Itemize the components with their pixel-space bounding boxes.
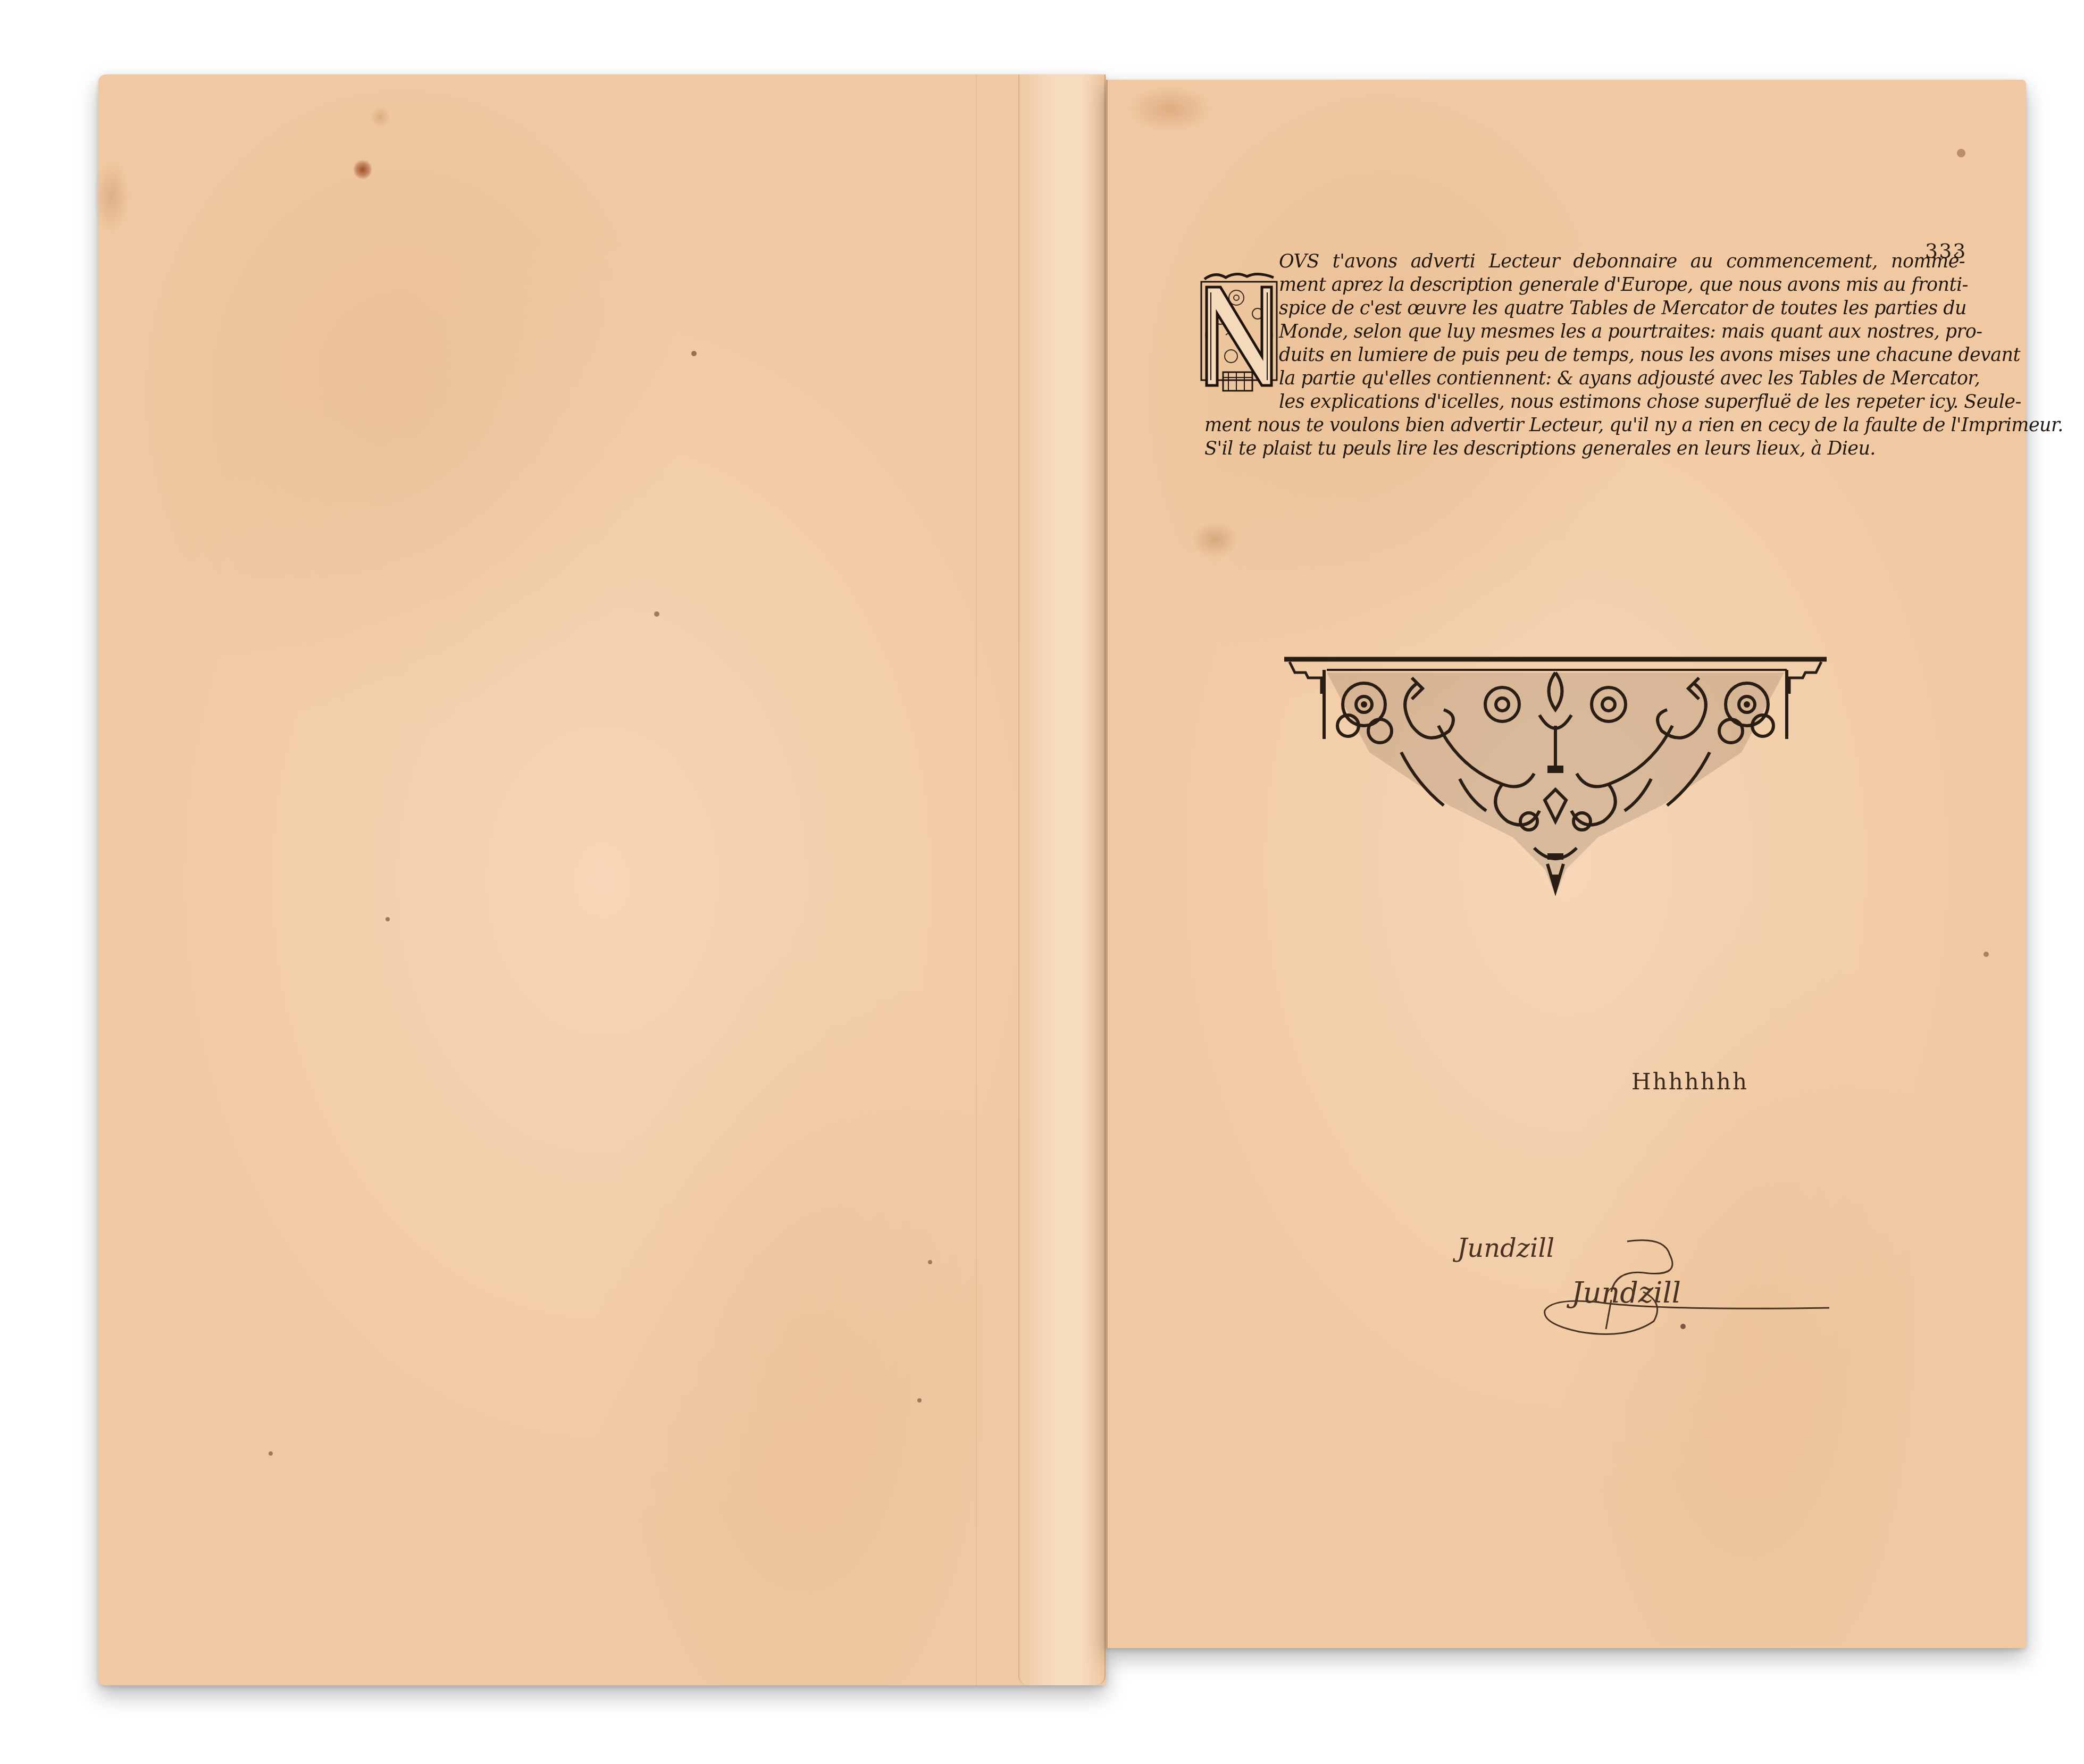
left-page <box>98 74 1106 1685</box>
text-line: ment nous te voulons bien advertir Lecte… <box>1204 414 1965 437</box>
foxing-stain <box>691 351 697 356</box>
foxing-stain <box>93 159 130 234</box>
foxing-stain <box>654 611 659 617</box>
foxing-stain <box>269 1451 273 1456</box>
signature-flourish-icon <box>1521 1223 1840 1340</box>
text-line: spice de c'est œuvre les quatre Tables d… <box>1279 297 1965 320</box>
foxing-stain <box>1191 521 1239 558</box>
decorated-initial-n-icon <box>1199 271 1279 396</box>
text-line: duits en lumiere de puis peu de temps, n… <box>1279 343 1965 367</box>
foxing-stain <box>1957 149 1965 157</box>
foxing-stain <box>1983 952 1989 957</box>
signature-mark: Hhhhhhh <box>1631 1069 1748 1095</box>
foxing-stain <box>370 106 391 128</box>
foxing-stain <box>917 1398 922 1402</box>
foxing-stain <box>928 1260 932 1264</box>
woodcut-ornament-icon <box>1279 646 1832 901</box>
text-line: Monde, selon que luy mesmes les a pourtr… <box>1279 320 1965 343</box>
foxing-stain <box>1127 85 1212 133</box>
text-line: les explications d'icelles, nous estimon… <box>1279 390 1965 414</box>
text-line: ment aprez la description generale d'Eur… <box>1279 273 1965 297</box>
printed-text-block: OVS t'avons adverti Lecteur debonnaire a… <box>1279 250 1965 460</box>
fold-line <box>1106 80 1108 1648</box>
text-line: OVS t'avons adverti Lecteur debonnaire a… <box>1279 250 1965 273</box>
text-line: S'il te plaist tu peuls lire les descrip… <box>1204 437 1965 460</box>
foxing-stain <box>386 917 390 921</box>
fold-line <box>976 74 977 1685</box>
gutter-strip <box>1018 74 1106 1685</box>
foxing-stain <box>354 159 372 180</box>
text-line: la partie qu'elles contiennent: & ayans … <box>1279 367 1965 390</box>
